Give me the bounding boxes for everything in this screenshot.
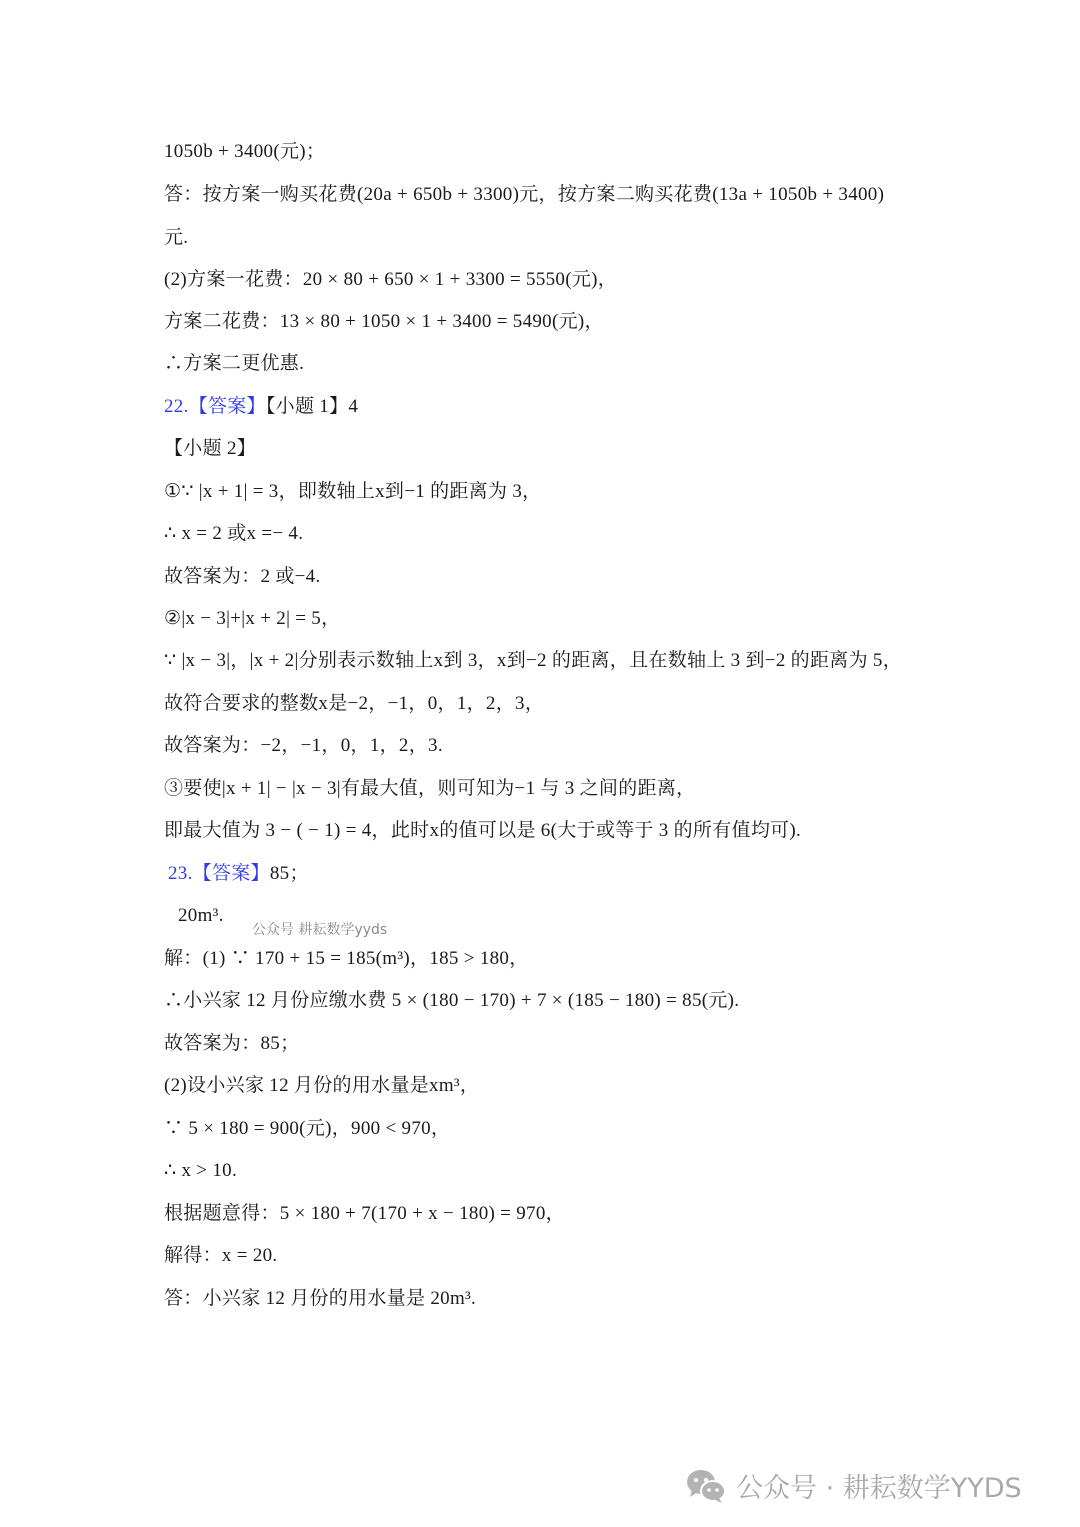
text-line: 即最大值为 3 − ( − 1) = 4，此时x的值可以是 6(大于或等于 3 … [164, 818, 801, 844]
text-line: 解得：x = 20. [164, 1243, 277, 1269]
text-line: 20m³. [178, 903, 224, 929]
text-line: (2)设小兴家 12 月份的用水量是xm³， [164, 1073, 479, 1099]
text-line: 故答案为：85； [164, 1031, 299, 1057]
text-line: (2)方案一花费：20 × 80 + 650 × 1 + 3300 = 5550… [164, 267, 617, 293]
text-line: ∴方案二更优惠. [164, 351, 304, 377]
sub-question-2-label: 【小题 2】 [164, 436, 256, 462]
text-line: ∴小兴家 12 月份应缴水费 5 × (180 − 170) + 7 × (18… [164, 988, 739, 1014]
question-22-header: 22.【答案】【小题 1】4 [164, 394, 358, 420]
text-line: ∵ |x − 3|，|x + 2|分别表示数轴上x到 3，x到−2 的距离，且在… [164, 648, 902, 674]
text-line: 故答案为：−2，−1，0，1，2，3. [164, 733, 443, 759]
text-line: 故答案为：2 或−4. [164, 564, 321, 590]
footer-watermark-text: 公众号 · 耕耘数学YYDS [736, 1466, 1022, 1505]
wechat-icon [686, 1468, 726, 1504]
text-line: 根据题意得：5 × 180 + 7(170 + x − 180) = 970， [164, 1201, 565, 1227]
text-line: 答：小兴家 12 月份的用水量是 20m³. [164, 1286, 476, 1312]
answer-value: 85； [270, 863, 309, 884]
text-line: 元. [164, 225, 188, 251]
question-number: 23. [168, 863, 193, 884]
inline-watermark: 公众号 耕耘数学yyds [252, 919, 387, 939]
text-line: 故符合要求的整数x是−2，−1，0，1，2，3， [164, 691, 544, 717]
text-line: 1050b + 3400(元)； [164, 139, 325, 165]
text-line: 解：(1) ∵ 170 + 15 = 185(m³)，185 > 180， [164, 946, 529, 972]
text-line: 答：按方案一购买花费(20a + 650b + 3300)元，按方案二购买花费(… [164, 182, 884, 208]
answer-tag: 【答案】 [193, 863, 270, 884]
sub-question-1: 【小题 1】4 [266, 396, 358, 417]
text-line: ∴ x = 2 或x =− 4. [164, 521, 303, 547]
footer-watermark: 公众号 · 耕耘数学YYDS [686, 1466, 1022, 1505]
text-line: ①∵ |x + 1| = 3，即数轴上x到−1 的距离为 3， [164, 479, 541, 505]
text-line: ③要使|x + 1| − |x − 3|有最大值，则可知为−1 与 3 之间的距… [164, 776, 695, 802]
document-page: 1050b + 3400(元)； 答：按方案一购买花费(20a + 650b +… [0, 0, 1080, 1527]
text-line: ∴ x > 10. [164, 1158, 237, 1184]
question-number: 22. [164, 396, 189, 417]
question-23-header: 23.【答案】85； [168, 861, 309, 887]
text-line: ②|x − 3|+|x + 2| = 5， [164, 606, 340, 632]
text-line: ∵ 5 × 180 = 900(元)，900 < 970， [164, 1116, 450, 1142]
text-line: 方案二花费：13 × 80 + 1050 × 1 + 3400 = 5490(元… [164, 309, 604, 335]
answer-tag: 【答案】 [189, 396, 266, 417]
